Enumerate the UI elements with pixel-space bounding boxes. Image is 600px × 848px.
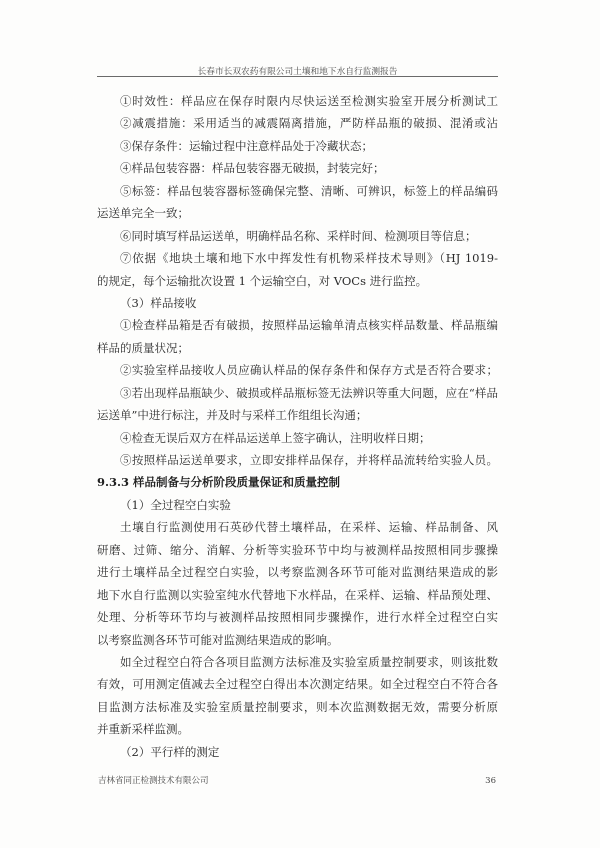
subsection-title-sample-receipt: （3）样品接收 [97, 292, 498, 314]
paragraph-line: 地下水自行监测以实验室纯水代替地下水样品，在采样、运输、样品预处理、前 [97, 584, 498, 606]
list-item-packaging: ④样品包装容器：样品包装容器无破损，封装完好； [97, 157, 498, 179]
list-item-sign-off: ④检查无误后双方在样品运送单上签字确认，注明收样日期； [97, 427, 498, 449]
paragraph-line: 如全过程空白符合各项目监测方法标准及实验室质量控制要求，则该批数据 [97, 651, 498, 673]
section-heading-9-3-3: 9.3.3 样品制备与分析阶段质量保证和质量控制 [97, 471, 498, 493]
list-item-major-issue-cont: 运送单”中进行标注，并及时与采样工作组组长沟通； [97, 404, 498, 426]
list-item-shipping-form: ⑥同时填写样品运送单，明确样品名称、采样时间、检测项目等信息； [97, 225, 498, 247]
list-item-storage-conditions: ③保存条件：运输过程中注意样品处于冷藏状态； [97, 135, 498, 157]
list-item-transfer: ⑤按照样品运送单要求，立即安排样品保存，并将样品流转给实验人员。 [97, 449, 498, 471]
list-item-labels: ⑤标签：样品包装容器标签确保完整、清晰、可辨识，标签上的样品编码与 [97, 180, 498, 202]
paragraph-line: 以考察监测各环节可能对监测结果造成的影响。 [97, 629, 498, 651]
list-item-timeliness: ①时效性：样品应在保存时限内尽快运送至检测实验室开展分析测试工作； [97, 90, 498, 112]
list-item-major-issue: ③若出现样品瓶缺少、破损或样品瓶标签无法辨识等重大问题，应在“样品 [97, 382, 498, 404]
list-item-shock-absorption: ②减震措施：采用适当的减震隔离措施，严防样品瓶的破损、混淆或沾污； [97, 112, 498, 134]
list-item-lab-confirm: ②实验室样品接收人员应确认样品的保存条件和保存方式是否符合要求； [97, 359, 498, 381]
subsection-title-parallel-samples: （2）平行样的测定 [97, 741, 498, 763]
header-divider [97, 76, 498, 77]
document-body: ①时效性：样品应在保存时限内尽快运送至检测实验室开展分析测试工作； ②减震措施：… [97, 90, 498, 763]
list-item-voc-guideline: ⑦依据《地块土壤和地下水中挥发性有机物采样技术导则》（HJ 1019-2019） [97, 247, 498, 269]
list-item-labels-cont: 运送单完全一致； [97, 202, 498, 224]
list-item-voc-guideline-cont: 的规定，每个运输批次设置 1 个运输空白，对 VOCs 进行监控。 [97, 270, 498, 292]
paragraph-line: 有效，可用测定值减去全过程空白得出本次测定结果。如全过程空白不符合各项 [97, 673, 498, 695]
paragraph-line: 研磨、过筛、缩分、消解、分析等实验环节中均与被测样品按照相同步骤操作， [97, 539, 498, 561]
paragraph-line: 并重新采样监测。 [97, 718, 498, 740]
page-number: 36 [485, 775, 496, 787]
paragraph-line: 目监测方法标准及实验室质量控制要求，则本次监测数据无效，需要分析原因， [97, 696, 498, 718]
subsection-title-blank-test: （1）全过程空白实验 [97, 494, 498, 516]
paragraph-line: 处理、分析等环节均与被测样品按照相同步骤操作，进行水样全过程空白实验， [97, 606, 498, 628]
paragraph-line: 进行土壤样品全过程空白实验，以考察监测各环节可能对监测结果造成的影响； [97, 561, 498, 583]
paragraph-line: 土壤自行监测使用石英砂代替土壤样品，在采样、运输、样品制备、风干、 [97, 516, 498, 538]
list-item-check-box-cont: 样品的质量状况； [97, 337, 498, 359]
footer-company-name: 吉林省同正检测技术有限公司 [98, 775, 209, 787]
list-item-check-box: ①检查样品箱是否有破损，按照样品运输单清点核实样品数量、样品瓶编号、 [97, 314, 498, 336]
